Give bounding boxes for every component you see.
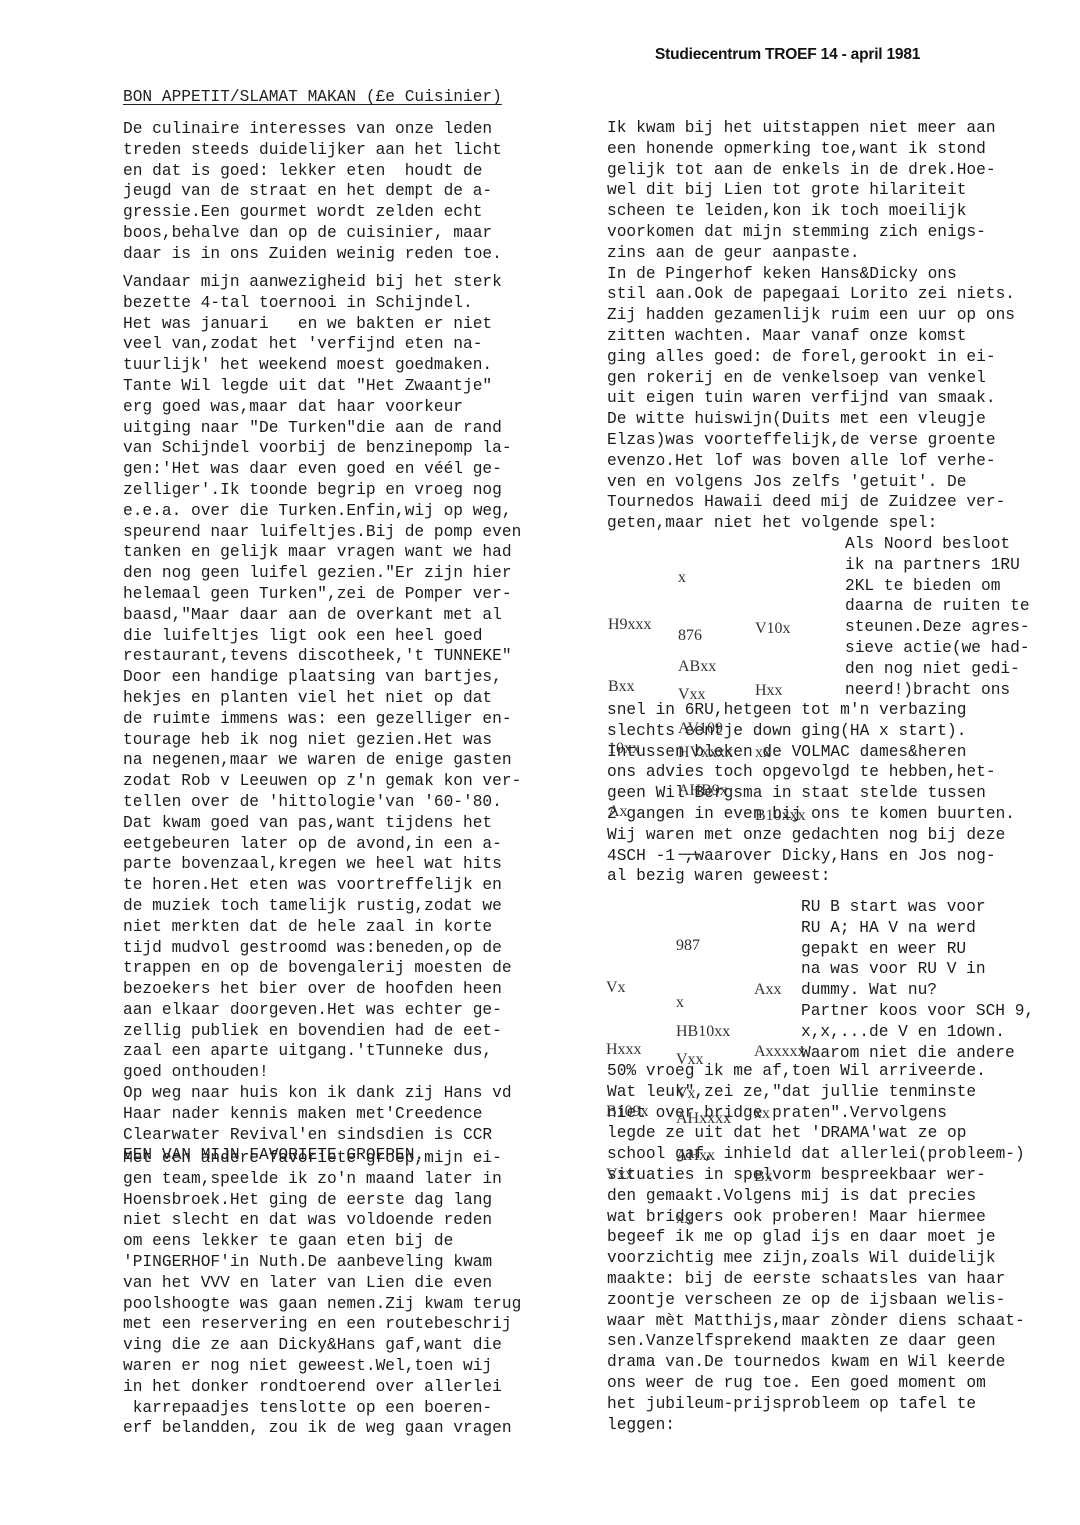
text-line: en dat is goed: lekker eten houdt de — [123, 161, 502, 182]
text-line: zins aan de geur aanpaste. — [607, 243, 1015, 264]
text-line: gelijk tot aan de enkels in de drek.Hoe- — [607, 160, 1015, 181]
text-line: De culinaire interesses van onze leden — [123, 119, 502, 140]
text-line: scheen te leiden,kon ik toch moeilijk — [607, 201, 1015, 222]
text-line: aan elkaar doorgeven.Het was echter ge- — [123, 1000, 521, 1021]
text-line: RU A; HA V na werd — [801, 918, 1034, 939]
paragraph-drama: 50% vroeg ik me af,toen Wil arriveerde.W… — [607, 1061, 1025, 1435]
paragraph-schijndel: Vandaar mijn aanwezigheid bij het sterkb… — [123, 272, 521, 1166]
text-line: tellen over de 'hittologie'van '60-'80. — [123, 792, 521, 813]
text-line: tijd mudvol gestroomd was:beneden,op de — [123, 938, 521, 959]
text-line: gen rokerij en de venkelsoep van venkel — [607, 368, 1015, 389]
deal2-west: Vx Hxxx B109x Vxx — [606, 936, 649, 1227]
text-line: 4SCH -1 ,waarover Dicky,Hans en Jos nog- — [607, 846, 1015, 867]
text-line: Op weg naar huis kon ik dank zij Hans vd — [123, 1083, 521, 1104]
text-line: die luifeltjes ligt ook een heel goed — [123, 626, 521, 647]
text-line: een honende opmerking toe,want ik stond — [607, 139, 1015, 160]
left-column: De culinaire interesses van onze ledentr… — [123, 0, 142, 83]
text-line: karrepaadjes tenslotte op een boeren- — [123, 1398, 521, 1419]
article-title: BON APPETIT/SLAMAT MAKAN (£e Cuisinier) — [123, 88, 502, 106]
text-line: daarna de ruiten te — [845, 596, 1030, 617]
text-line: zaal een aparte uitgang.'tTunneke dus, — [123, 1041, 521, 1062]
text-line: jeugd van de straat en het dempt de a- — [123, 181, 502, 202]
paragraph-pingerhof: Ik kwam bij het uitstappen niet meer aan… — [607, 118, 1015, 534]
text-line: begeef ik me op glad ijs en daar moet je — [607, 1227, 1025, 1248]
publication-header: Studiecentrum TROEF 14 - april 1981 — [655, 46, 920, 64]
text-line: snel in 6RU,hetgeen tot m'n verbazing — [607, 700, 1015, 721]
text-line: Ik kwam bij het uitstappen niet meer aan — [607, 118, 1015, 139]
text-line: zodat Rob v Leeuwen op z'n gemak kon ver… — [123, 771, 521, 792]
text-line: bezette 4-tal toernooi in Schijndel. — [123, 293, 521, 314]
text-line: Partner koos voor SCH 9, — [801, 1001, 1034, 1022]
text-line: den nog niet gedi- — [845, 659, 1030, 680]
right-column: Ik kwam bij het uitstappen niet meer aan… — [607, 0, 626, 125]
text-line: poolshoogte was gaan nemen.Zij kwam teru… — [123, 1294, 521, 1315]
text-line: Wij waren met onze gedachten nog bij dez… — [607, 825, 1015, 846]
text-line: om eens lekker te gaan eten bij de — [123, 1231, 521, 1252]
text-line: wat bridgers ook proberen! Maar hiermee — [607, 1207, 1025, 1228]
text-line: wel dit bij Lien tot grote hilariteit — [607, 180, 1015, 201]
text-line: na was voor RU V in — [801, 959, 1034, 980]
text-line: erf belandden, zou ik de weg gaan vragen — [123, 1418, 521, 1439]
paragraph-hoensbroek: Met een andere favoriete groep,mijn ei-g… — [123, 1148, 521, 1439]
text-line: drama van.De tournedos kwam en Wil keerd… — [607, 1352, 1025, 1373]
text-line: eetgebeuren later op de avond,in een a- — [123, 834, 521, 855]
text-line: zitten wachten. Maar vanaf onze komst — [607, 326, 1015, 347]
text-line: x,x,...de V en 1down. — [801, 1022, 1034, 1043]
text-line: treden steeds duidelijker aan het licht — [123, 140, 502, 161]
text-line: maakte: bij de eerste schaatsles van haa… — [607, 1269, 1025, 1290]
text-line: gepakt en weer RU — [801, 939, 1034, 960]
text-line: zelliger'.Ik toonde begrip en vroeg nog — [123, 480, 521, 501]
text-line: e.e.a. over die Turken.Enfin,wij op weg, — [123, 501, 521, 522]
text-line: Intussen bleken de VOLMAC dames&heren — [607, 742, 1015, 763]
text-line: den nog geen luifel gezien."Er zijn hier — [123, 563, 521, 584]
text-line: niet over bridge praten".Vervolgens — [607, 1103, 1025, 1124]
deal2-east: Axx Axxxxx xx Bx — [754, 938, 806, 1229]
text-line: zellig publiek en bovendien had de eet- — [123, 1021, 521, 1042]
text-line: evenzo.Het lof was boven alle lof verhe- — [607, 451, 1015, 472]
text-line: De witte huiswijn(Duits met een vleugje — [607, 409, 1015, 430]
text-line: Als Noord besloot — [845, 534, 1030, 555]
text-line: Elzas)was voorteffelijk,de verse groente — [607, 430, 1015, 451]
text-line: het jubileum-prijsprobleem op tafel te — [607, 1394, 1025, 1415]
text-line: geen Wil Bergsma in staat stelde tussen — [607, 783, 1015, 804]
text-line: ik na partners 1RU — [845, 555, 1030, 576]
text-line: niet merkten dat de hele zaal in korte — [123, 917, 521, 938]
text-line: sen.Vanzelfsprekend maakten ze daar geen — [607, 1331, 1025, 1352]
text-line: school gaf, inhield dat allerlei(problee… — [607, 1144, 1025, 1165]
text-line: parte bovenzaal,kregen we heel wat hits — [123, 854, 521, 875]
deal2-commentary: RU B start was voorRU A; HA V na werdgep… — [801, 897, 1034, 1063]
text-line: Haar nader kennis maken met'Creedence — [123, 1104, 521, 1125]
text-line: Met een andere favoriete groep,mijn ei- — [123, 1148, 521, 1169]
text-line: den gemaakt.Volgens mij is dat precies — [607, 1186, 1025, 1207]
text-line: tuurlijk' het weekend moest goedmaken. — [123, 355, 521, 376]
text-line: stil aan.Ook de papegaai Lorito zei niet… — [607, 284, 1015, 305]
text-line: uitging naar "De Turken"die aan de rand — [123, 418, 521, 439]
text-line: na negenen,maar we waren de enige gasten — [123, 750, 521, 771]
text-line: erg goed was,maar dat haar voorkeur — [123, 397, 521, 418]
text-line: zoontje verscheen ze op de ijsbaan welis… — [607, 1290, 1025, 1311]
text-line: tourage heb ik nog niet gezien.Het was — [123, 730, 521, 751]
bridge-deal-2: 987 x Vxx AHxxxx Vx Hxxx B109x Vxx Axx A… — [0, 0, 8, 104]
text-line: ons advies toch opgevolgd te hebben,het- — [607, 762, 1015, 783]
text-line: van Schijndel voorbij de benzinepomp la- — [123, 438, 521, 459]
text-line: voorkomen dat mijn stemming zich enigs- — [607, 222, 1015, 243]
text-line: waren er nog niet geweest.Wel,toen wij — [123, 1356, 521, 1377]
text-line: tanken en gelijk maar vragen want we had — [123, 542, 521, 563]
text-line: legde ze uit dat het 'DRAMA'wat ze op — [607, 1123, 1025, 1144]
text-line: gen:'Het was daar even goed en véél ge- — [123, 459, 521, 480]
paragraph-volmac: snel in 6RU,hetgeen tot m'n verbazingsle… — [607, 700, 1015, 887]
text-line: restaurant,tevens discotheek,'t TUNNEKE" — [123, 646, 521, 667]
text-line: gressie.Een gourmet wordt zelden echt — [123, 202, 502, 223]
text-line: steunen.Deze agres- — [845, 617, 1030, 638]
text-line: goed onthouden! — [123, 1062, 521, 1083]
text-line: Het was januari en we bakten er niet — [123, 314, 521, 335]
paragraph-intro: De culinaire interesses van onze ledentr… — [123, 119, 502, 265]
text-line: sieve actie(we had- — [845, 638, 1030, 659]
text-line: 'PINGERHOF'in Nuth.De aanbeveling kwam — [123, 1252, 521, 1273]
text-line: ven en volgens Jos zelfs 'getuit'. De — [607, 472, 1015, 493]
text-line: 50% vroeg ik me af,toen Wil arriveerde. — [607, 1061, 1025, 1082]
text-line: Dat kwam goed van pas,want tijdens het — [123, 813, 521, 834]
text-line: Zij hadden gezamenlijk ruim een uur op o… — [607, 305, 1015, 326]
text-line: baasd,"Maar daar aan de overkant met al — [123, 605, 521, 626]
text-line: waar mèt Matthijs,maar zònder diens scha… — [607, 1311, 1025, 1332]
text-line: gen team,speelde ik zo'n maand later in — [123, 1169, 521, 1190]
text-line: Clearwater Revival'en sindsdien is CCR — [123, 1125, 521, 1146]
text-line: RU B start was voor — [801, 897, 1034, 918]
text-line: Vandaar mijn aanwezigheid bij het sterk — [123, 272, 521, 293]
text-line: de ruimte immens was: een gezelliger en- — [123, 709, 521, 730]
text-line: te horen.Het eten was voortreffelijk en — [123, 875, 521, 896]
text-line: daar is in ons Zuiden weinig reden toe. — [123, 244, 502, 265]
deal2-south: HB10xx Vx AHxx xx — [676, 980, 730, 1271]
text-line: ging alles goed: de forel,gerookt in ei- — [607, 347, 1015, 368]
text-line: de muziek toch tamelijk rustig,zodat we — [123, 896, 521, 917]
text-line: Tournedos Hawaii deed mij de Zuidzee ver… — [607, 492, 1015, 513]
text-line: dummy. Wat nu? — [801, 980, 1034, 1001]
text-line: veel van,zodat het 'verfijnd eten na- — [123, 334, 521, 355]
text-line: ving die ze aan Dicky&Hans gaf,want die — [123, 1335, 521, 1356]
text-line: trappen en op de bovengalerij moesten de — [123, 958, 521, 979]
text-line: met een reservering en een routebeschrij — [123, 1314, 521, 1335]
text-line: 2KL te bieden om — [845, 576, 1030, 597]
text-line: leggen: — [607, 1415, 1025, 1436]
text-line: voorzichtig mee zijn,zoals Wil duidelijk — [607, 1248, 1025, 1269]
text-line: situaties in spelvorm bespreekbaar wer- — [607, 1165, 1025, 1186]
text-line: uit eigen tuin waren verfijnd van smaak. — [607, 388, 1015, 409]
deal1-west: H9xxx Bxx 10xx Ax — [608, 573, 652, 864]
text-line: Tante Wil legde uit dat "Het Zwaantje" — [123, 376, 521, 397]
text-line: al bezig waren geweest: — [607, 866, 1015, 887]
text-line: 2 gangen in even bij ons te komen buurte… — [607, 804, 1015, 825]
text-line: hekjes en planten viel het niet op dat — [123, 688, 521, 709]
text-line: boos,behalve dan op de cuisinier, maar — [123, 223, 502, 244]
text-line: In de Pingerhof keken Hans&Dicky ons — [607, 264, 1015, 285]
text-line: niet slecht en dat was voldoende reden — [123, 1210, 521, 1231]
text-line: slechts eentje down ging(HA x start). — [607, 721, 1015, 742]
text-line: helemaal geen Turken",zei de Pomper ver- — [123, 584, 521, 605]
text-line: van het VVV en later van Lien die even — [123, 1273, 521, 1294]
deal1-commentary: Als Noord beslootik na partners 1RU2KL t… — [845, 534, 1030, 700]
text-line: speurend naar luifeltjes.Bij de pomp eve… — [123, 522, 521, 543]
text-line: neerd!)bracht ons — [845, 680, 1030, 701]
deal1-east: V10x Hxx xx B10xxx — [755, 577, 806, 868]
text-line: Door een handige plaatsing van bartjes, — [123, 667, 521, 688]
text-line: Hoensbroek.Het ging de eerste dag lang — [123, 1190, 521, 1211]
text-line: in het donker rondtoerend over allerlei — [123, 1377, 521, 1398]
text-line: geten,maar niet het volgende spel: — [607, 513, 1015, 534]
text-line: Wat leuk",zei ze,"dat jullie tenminste — [607, 1082, 1025, 1103]
text-line: bezoekers het bier over de hoofden heen — [123, 979, 521, 1000]
text-line: ons weer de rug toe. Een goed moment om — [607, 1373, 1025, 1394]
deal1-south: ABxx AV109 AHB9x ----- — [678, 615, 728, 906]
